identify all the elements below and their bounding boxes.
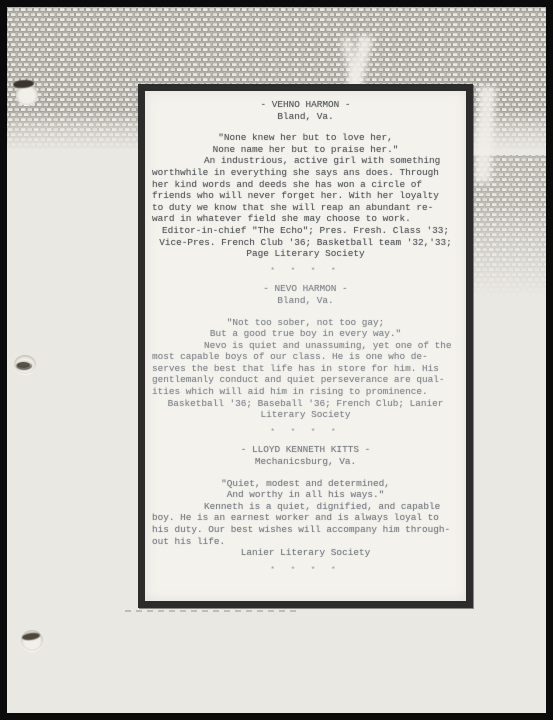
entry-separator: * * * * [152,266,459,278]
spacer [152,307,459,317]
student-location: Bland, Va. [152,111,459,123]
bio-line: gentlemanly conduct and quiet perseveran… [152,374,459,386]
spacer [152,122,459,132]
student-entry: - VEHNO HARMON - Bland, Va. "None knew h… [152,99,459,260]
bio-line: Kenneth is a quiet, dignified, and capab… [152,501,459,513]
bio-line: friends who will never forget her. With … [152,190,459,202]
bio-line: Nevo is quiet and unassuming, yet one of… [152,340,459,352]
student-name: - NEVO HARMON - [152,283,459,295]
scan-frame: - VEHNO HARMON - Bland, Va. "None knew h… [0,0,553,720]
student-location: Mechanicsburg, Va. [152,456,459,468]
quote-line: But a good true boy in every way." [152,328,459,340]
hole-punch-bottom [21,630,43,651]
activities-line: Editor-in-chief "The Echo"; Pres. Fresh.… [152,225,459,237]
bio-line: to duty we know that she will reap an ab… [152,202,459,214]
student-entry: - NEVO HARMON - Bland, Va. "Not too sobe… [152,283,459,421]
quote-line: None name her but to praise her." [152,144,459,156]
bio-line: her kind words and deeds she has won a c… [152,179,459,191]
quote-line: And worthy in all his ways." [152,489,459,501]
typed-yearbook-panel: - VEHNO HARMON - Bland, Va. "None knew h… [138,84,473,608]
student-location: Bland, Va. [152,295,459,307]
activities-line: Page Literary Society [152,248,459,260]
scrapbook-page: - VEHNO HARMON - Bland, Va. "None knew h… [7,7,546,713]
entry-separator: * * * * [152,565,459,577]
texture-fade-right [465,202,546,302]
bio-line: ities which will aid him in rising to pr… [152,386,459,398]
activities-line: Vice-Pres. French Club '36; Basketball t… [152,237,459,249]
activities-line: Lanier Literary Society [152,547,459,559]
hole-punch-middle [14,355,36,374]
bio-line: his duty. Our best wishes will accompany… [152,524,459,536]
bio-line: An industrious, active girl with somethi… [152,155,459,167]
bio-line: ward in whatever field she may choose to… [152,213,459,225]
typed-content: - VEHNO HARMON - Bland, Va. "None knew h… [145,91,466,576]
bio-line: boy. He is an earnest worker and is alwa… [152,512,459,524]
quote-line: "Quiet, modest and determined, [152,478,459,490]
ink-residue-line [125,610,300,612]
spacer [152,468,459,478]
bio-line: most capable boys of our class. He is on… [152,351,459,363]
student-entry: - LLOYD KENNETH KITTS - Mechanicsburg, V… [152,444,459,558]
quote-line: "Not too sober, not too gay; [152,317,459,329]
quote-line: "None knew her but to love her, [152,132,459,144]
student-name: - LLOYD KENNETH KITTS - [152,444,459,456]
bio-line: serves the best that life has in store f… [152,363,459,375]
student-name: - VEHNO HARMON - [152,99,459,111]
hole-punch-top [16,84,38,105]
activities-line: Literary Society [152,409,459,421]
bio-line: out his life. [152,536,459,548]
bio-line: worthwhile in everything she says ans do… [152,167,459,179]
activities-line: Basketball '36; Baseball '36; French Clu… [152,398,459,410]
entry-separator: * * * * [152,427,459,439]
